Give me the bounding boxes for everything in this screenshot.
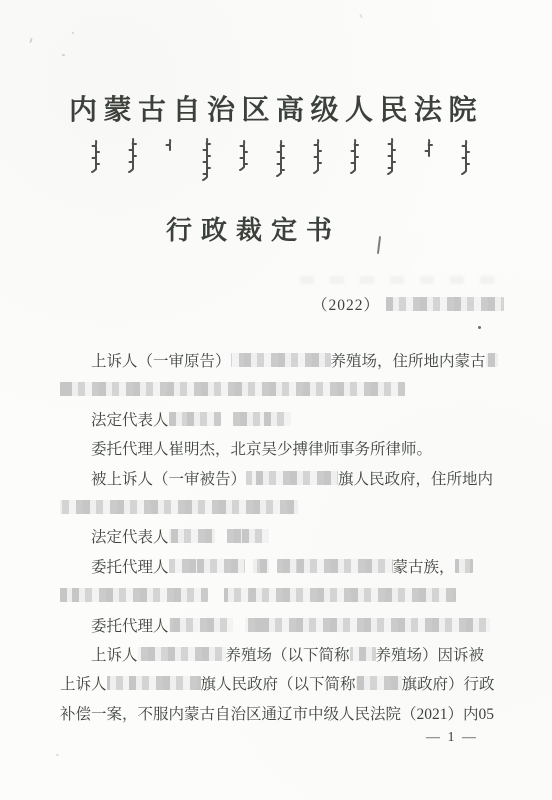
body-line: 补偿一案，不服内蒙古自治区通辽市中级人民法院（2021）内05 (60, 700, 520, 729)
redaction-block (277, 559, 393, 573)
text-segment: （2022） (312, 297, 380, 314)
text-segment: 上诉人 (91, 647, 138, 664)
ink-dot (478, 326, 481, 329)
text-segment: 上诉人 (60, 676, 107, 693)
text-segment: 委托代理人 (91, 618, 169, 635)
text-segment: 旗人民政府，住所地内 (338, 471, 493, 488)
text-segment: 法定代表人 (91, 412, 169, 429)
mongolian-word (201, 137, 213, 183)
mongolian-word (127, 137, 139, 183)
body-line (60, 494, 520, 523)
pen-mark (377, 236, 381, 254)
body-line: 委托代理人蒙古族， (60, 553, 520, 582)
redaction-block (350, 647, 376, 661)
redaction-block (227, 529, 269, 543)
body-line: 委托代理人 (60, 612, 520, 641)
redaction-block (246, 471, 338, 485)
mongolian-word (90, 139, 102, 185)
mongolian-word (164, 138, 176, 184)
text-segment: 养殖场，住所地内蒙古 (331, 353, 486, 370)
mongolian-word (423, 138, 435, 184)
gap (233, 630, 245, 631)
gap (215, 541, 227, 542)
redaction-block (138, 647, 226, 661)
scan-speck (72, 32, 74, 34)
redaction-block (169, 412, 221, 426)
redaction-block (60, 588, 208, 602)
body-line (60, 376, 520, 405)
body-line: 上诉人（一审原告）养殖场，住所地内蒙古 (60, 347, 520, 376)
gap (269, 571, 277, 572)
text-segment: 上诉人（一审原告） (91, 353, 231, 370)
text-segment: 养殖场（以下简称 (226, 647, 350, 664)
mongolian-word (275, 139, 287, 185)
scan-speck (29, 38, 33, 43)
scan-speck (359, 14, 363, 18)
redaction-block (231, 353, 331, 367)
text-segment: 委托代理人 (91, 559, 169, 576)
text-segment: 法定代表人 (91, 529, 169, 546)
redaction-block (455, 559, 473, 573)
page-number: — 1 — (426, 730, 478, 746)
body-line: 上诉人养殖场（以下简称养殖场）因诉被 (60, 641, 520, 670)
mongolian-word (460, 139, 472, 185)
body-line: 上诉人旗人民政府（以下简称旗政府）行政 (60, 670, 520, 699)
gap (208, 600, 224, 601)
scan-speck (62, 54, 65, 56)
text-segment: 被上诉人（一审被告） (91, 471, 246, 488)
text-segment: 养殖场）因诉被 (376, 647, 485, 664)
scan-speck (56, 754, 59, 756)
redaction-block (233, 412, 291, 426)
redaction-block (60, 500, 298, 514)
redaction-block (60, 382, 405, 396)
redaction-block (169, 529, 215, 543)
redaction-block (486, 353, 498, 367)
mongolian-script-row (90, 137, 475, 185)
body-line: 法定代表人 (60, 523, 520, 552)
redaction-block (245, 618, 490, 632)
body-line: 委托代理人崔明杰，北京吴少搏律师事务所律师。 (60, 435, 520, 464)
redaction-block (386, 297, 504, 311)
mongolian-word (386, 137, 398, 183)
mongolian-word (349, 138, 361, 184)
body-text: 上诉人（一审原告）养殖场，住所地内蒙古法定代表人委托代理人崔明杰，北京吴少搏律师… (60, 347, 520, 729)
text-segment: 旗政府）行政 (402, 676, 495, 693)
redaction-block (224, 588, 456, 602)
case-number-line: （2022） (312, 293, 504, 315)
mongolian-word (312, 138, 324, 184)
text-segment: 补偿一案，不服内蒙古自治区通辽市中级人民法院（2021）内05 (60, 706, 494, 723)
document-title: 行政裁定书 (166, 210, 341, 247)
body-line: 被上诉人（一审被告）旗人民政府，住所地内 (60, 465, 520, 494)
redaction-block (107, 676, 201, 690)
gap (221, 424, 233, 425)
text-segment: 蒙古族， (393, 559, 455, 576)
text-segment: 委托代理人崔明杰，北京吴少搏律师事务所律师。 (91, 441, 432, 458)
body-line: 法定代表人 (60, 406, 520, 435)
text-segment: 旗人民政府（以下简称 (201, 676, 356, 693)
mongolian-word (238, 139, 250, 185)
document-page: 内蒙古自治区高级人民法院 行政裁定书 （2022） 上诉人（一审原告）养殖场，住… (0, 0, 552, 800)
redaction-block (169, 618, 233, 632)
scan-smudge (300, 276, 500, 284)
redaction-block (169, 559, 245, 573)
redaction-block (253, 559, 269, 573)
gap (245, 571, 253, 572)
court-name-heading: 内蒙古自治区高级人民法院 (0, 88, 552, 128)
redaction-block (356, 676, 402, 690)
body-line (60, 582, 520, 611)
